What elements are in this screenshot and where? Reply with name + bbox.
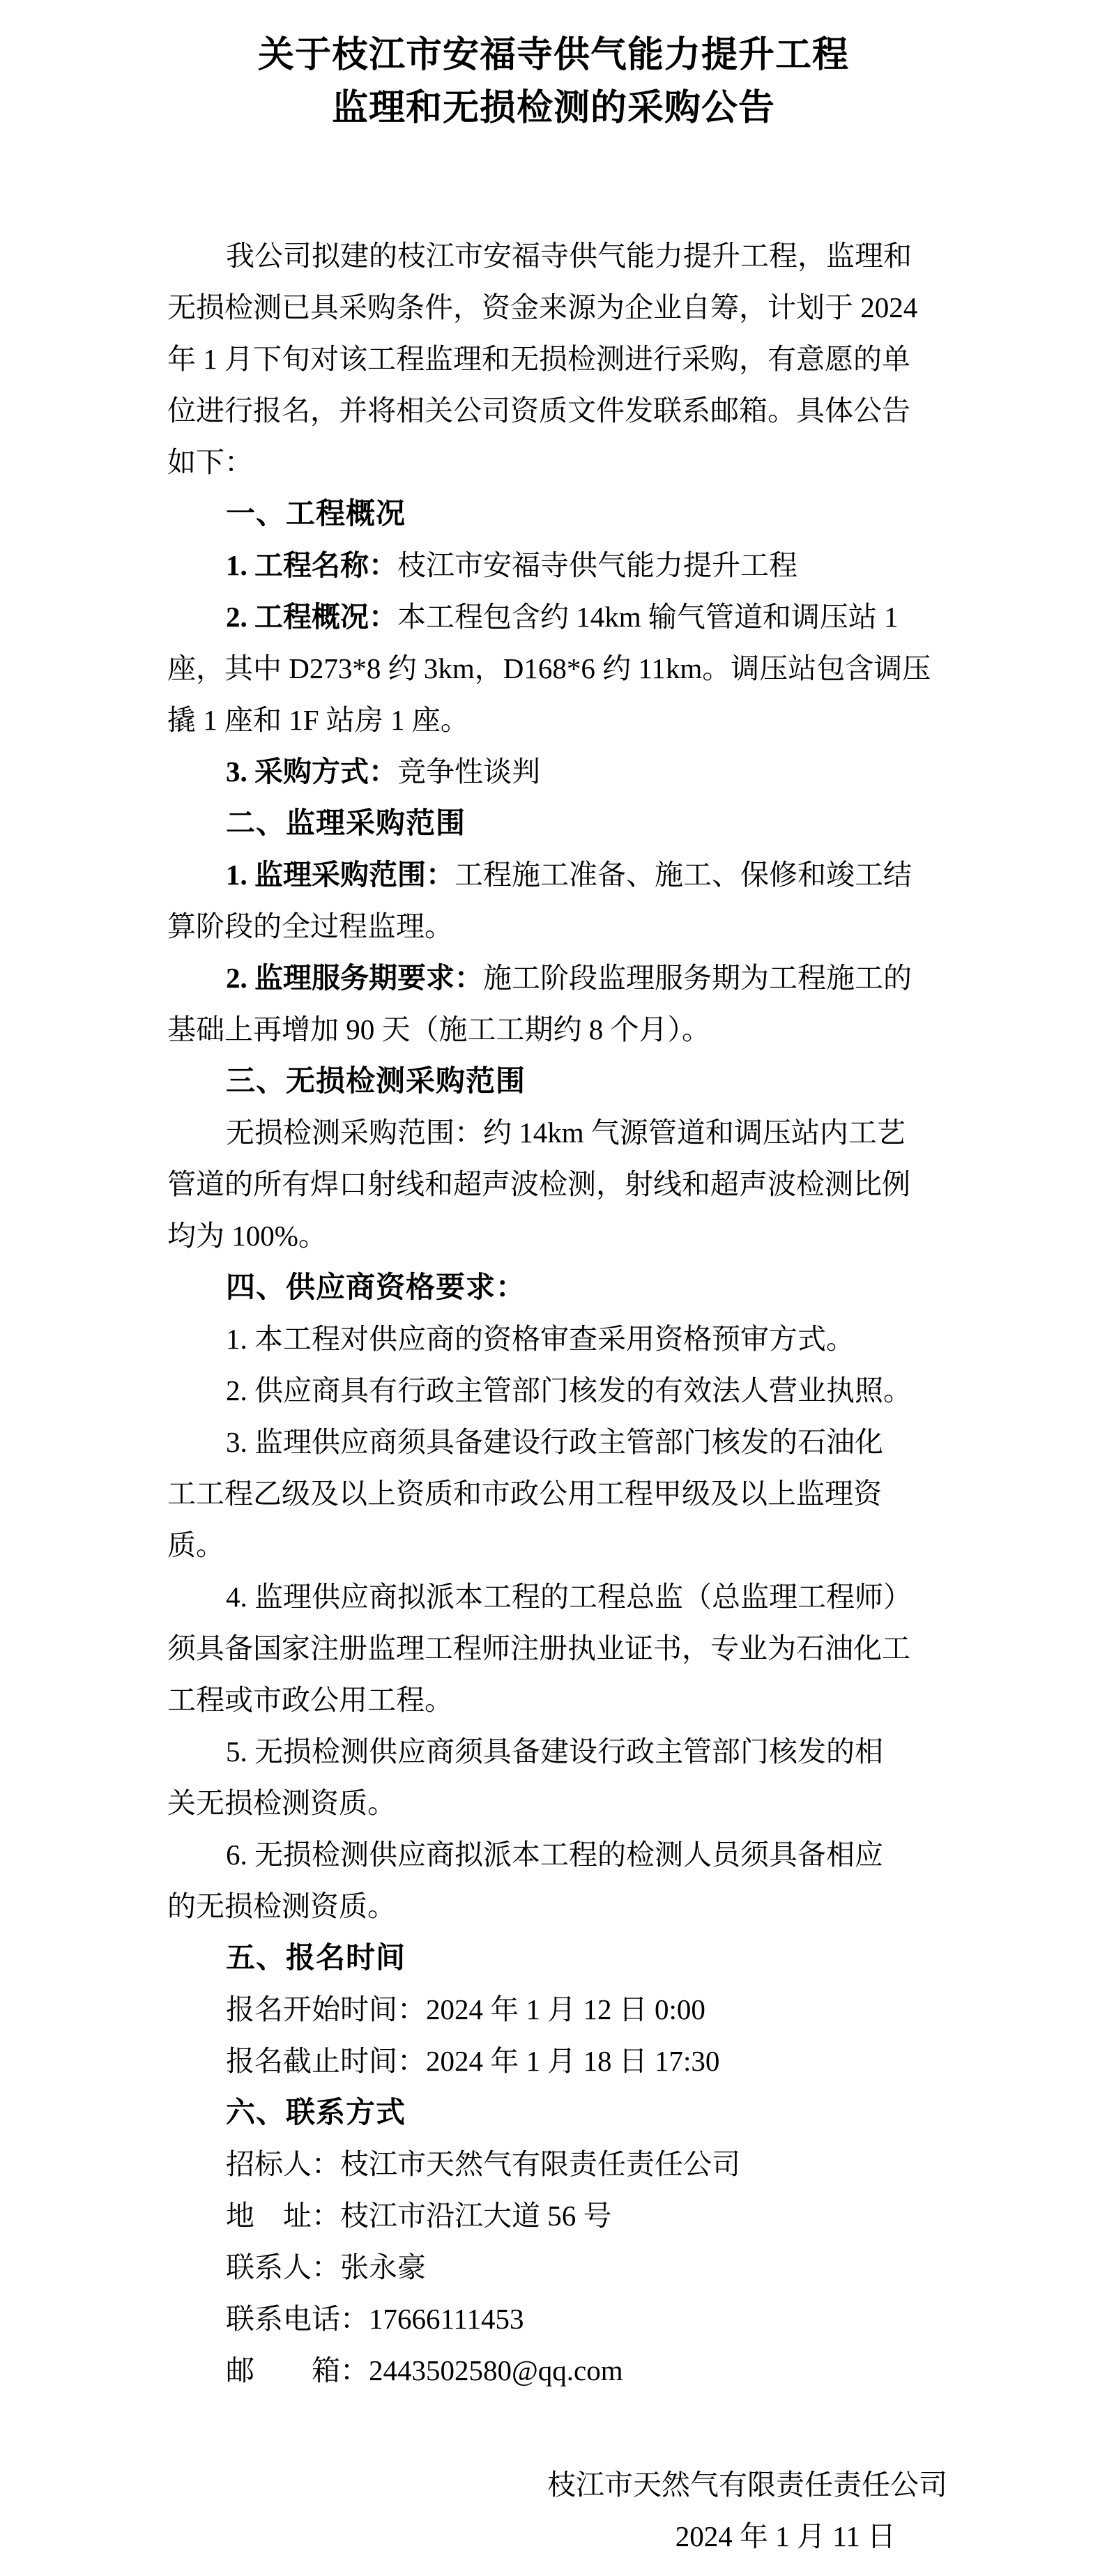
line-text: 五、报名时间 [226, 1941, 406, 1974]
title-line-1: 关于枝江市安福寺供气能力提升工程 [0, 29, 1107, 82]
bold-label: 3. 采购方式： [226, 756, 397, 788]
text-line: 地 址：枝江市沿江大道 56 号 [167, 2190, 938, 2241]
text-line: 的无损检测资质。 [167, 1880, 938, 1932]
line-text: 位进行报名，并将相关公司资质文件发联系邮箱。具体公告 [167, 394, 910, 427]
text-line: 关无损检测资质。 [167, 1777, 938, 1829]
line-text: 地 址：枝江市沿江大道 56 号 [226, 2200, 612, 2232]
bold-label: 1. 工程名称： [226, 549, 397, 581]
line-text: 工工程乙级及以上资质和市政公用工程甲级及以上监理资 [167, 1478, 882, 1510]
line-text: 枝江市安福寺供气能力提升工程 [397, 549, 797, 581]
text-line: 座，其中 D273*8 约 3km，D168*6 约 11km。调压站包含调压 [167, 643, 938, 694]
document-footer: 枝江市天然气有限责任责任公司 2024 年 1 月 11 日 [0, 2459, 1107, 2562]
text-line: 2. 供应商具有行政主管部门核发的有效法人营业执照。 [167, 1365, 938, 1416]
line-text: 关无损检测资质。 [167, 1787, 396, 1819]
line-text: 报名截止时间：2024 年 1 月 18 日 17:30 [226, 2045, 719, 2077]
text-line: 如下： [167, 436, 938, 488]
line-text: 招标人：枝江市天然气有限责任责任公司 [226, 2148, 740, 2180]
line-text: 一、工程概况 [226, 497, 406, 530]
bold-label: 1. 监理采购范围： [226, 859, 455, 891]
line-text: 2. 供应商具有行政主管部门核发的有效法人营业执照。 [226, 1374, 912, 1406]
line-text: 联系电话：17666111453 [226, 2303, 524, 2335]
text-line: 年 1 月下旬对该工程监理和无损检测进行采购，有意愿的单 [167, 333, 938, 385]
line-text: 须具备国家注册监理工程师注册执业证书，专业为石油化工 [167, 1632, 910, 1664]
line-text: 竞争性谈判 [397, 756, 540, 788]
text-line: 管道的所有焊口射线和超声波检测，射线和超声波检测比例 [167, 1158, 938, 1210]
line-text: 算阶段的全过程监理。 [167, 910, 453, 942]
document-title: 关于枝江市安福寺供气能力提升工程 监理和无损检测的采购公告 [0, 0, 1107, 135]
line-text: 1. 本工程对供应商的资格审查采用资格预审方式。 [226, 1323, 855, 1355]
line-text: 管道的所有焊口射线和超声波检测，射线和超声波检测比例 [167, 1168, 910, 1200]
text-line: 位进行报名，并将相关公司资质文件发联系邮箱。具体公告 [167, 385, 938, 436]
section-heading: 四、供应商资格要求： [167, 1262, 938, 1313]
text-line: 1. 本工程对供应商的资格审查采用资格预审方式。 [167, 1313, 938, 1365]
line-text: 联系人：张永豪 [226, 2251, 426, 2283]
text-line: 工程或市政公用工程。 [167, 1674, 938, 1726]
section-heading: 二、监理采购范围 [167, 797, 938, 849]
footer-company-name: 枝江市天然气有限责任责任公司 [0, 2459, 1107, 2510]
line-text: 6. 无损检测供应商拟派本工程的检测人员须具备相应 [226, 1839, 883, 1871]
line-text: 四、供应商资格要求： [226, 1271, 526, 1303]
section-heading: 六、联系方式 [167, 2087, 938, 2138]
line-text: 的无损检测资质。 [167, 1890, 396, 1922]
text-line: 2. 监理服务期要求：施工阶段监理服务期为工程施工的 [167, 952, 938, 1004]
text-line: 算阶段的全过程监理。 [167, 900, 938, 952]
text-line: 均为 100%。 [167, 1210, 938, 1262]
text-line: 须具备国家注册监理工程师注册执业证书，专业为石油化工 [167, 1623, 938, 1674]
bold-label: 2. 工程概况： [226, 601, 397, 633]
procurement-announcement-page: 关于枝江市安福寺供气能力提升工程 监理和无损检测的采购公告 我公司拟建的枝江市安… [0, 0, 1107, 2576]
text-line: 联系人：张永豪 [167, 2241, 938, 2293]
text-line: 招标人：枝江市天然气有限责任责任公司 [167, 2138, 938, 2190]
line-text: 我公司拟建的枝江市安福寺供气能力提升工程，监理和 [226, 240, 912, 272]
text-line: 2. 工程概况：本工程包含约 14km 输气管道和调压站 1 [167, 591, 938, 643]
bold-label: 2. 监理服务期要求： [226, 962, 483, 994]
line-text: 基础上再增加 90 天（施工工期约 8 个月）。 [167, 1013, 710, 1045]
line-text: 3. 监理供应商须具备建设行政主管部门核发的石油化 [226, 1426, 883, 1458]
section-heading: 一、工程概况 [167, 488, 938, 539]
document-body: 我公司拟建的枝江市安福寺供气能力提升工程，监理和无损检测已具采购条件，资金来源为… [167, 230, 938, 2396]
text-line: 联系电话：17666111453 [167, 2293, 938, 2345]
line-text: 无损检测已具采购条件，资金来源为企业自筹，计划于 2024 [167, 291, 917, 323]
line-text: 5. 无损检测供应商须具备建设行政主管部门核发的相 [226, 1735, 883, 1768]
line-text: 本工程包含约 14km 输气管道和调压站 1 [397, 601, 899, 633]
line-text: 4. 监理供应商拟派本工程的工程总监（总监理工程师） [226, 1581, 912, 1613]
line-text: 报名开始时间：2024 年 1 月 12 日 0:00 [226, 1993, 705, 2025]
line-text: 撬 1 座和 1F 站房 1 座。 [167, 704, 469, 736]
text-line: 报名截止时间：2024 年 1 月 18 日 17:30 [167, 2035, 938, 2087]
text-line: 3. 监理供应商须具备建设行政主管部门核发的石油化 [167, 1416, 938, 1468]
line-text: 质。 [167, 1529, 224, 1561]
text-line: 邮 箱：2443502580@qq.com [167, 2345, 938, 2396]
text-line: 撬 1 座和 1F 站房 1 座。 [167, 694, 938, 746]
line-text: 六、联系方式 [226, 2096, 406, 2129]
title-line-2: 监理和无损检测的采购公告 [0, 82, 1107, 135]
text-line: 报名开始时间：2024 年 1 月 12 日 0:00 [167, 1984, 938, 2035]
text-line: 我公司拟建的枝江市安福寺供气能力提升工程，监理和 [167, 230, 938, 282]
section-heading: 五、报名时间 [167, 1932, 938, 1984]
line-text: 工程或市政公用工程。 [167, 1684, 453, 1716]
text-line: 5. 无损检测供应商须具备建设行政主管部门核发的相 [167, 1726, 938, 1777]
section-heading: 三、无损检测采购范围 [167, 1055, 938, 1107]
text-line: 基础上再增加 90 天（施工工期约 8 个月）。 [167, 1004, 938, 1055]
text-line: 无损检测采购范围：约 14km 气源管道和调压站内工艺 [167, 1107, 938, 1158]
text-line: 质。 [167, 1519, 938, 1571]
text-line: 1. 监理采购范围：工程施工准备、施工、保修和竣工结 [167, 849, 938, 900]
line-text: 均为 100%。 [167, 1220, 327, 1252]
text-line: 无损检测已具采购条件，资金来源为企业自筹，计划于 2024 [167, 282, 938, 333]
text-line: 1. 工程名称：枝江市安福寺供气能力提升工程 [167, 539, 938, 591]
text-line: 4. 监理供应商拟派本工程的工程总监（总监理工程师） [167, 1571, 938, 1623]
line-text: 如下： [167, 446, 253, 478]
line-text: 座，其中 D273*8 约 3km，D168*6 约 11km。调压站包含调压 [167, 652, 931, 684]
line-text: 三、无损检测采购范围 [226, 1064, 526, 1097]
footer-date: 2024 年 1 月 11 日 [0, 2510, 1107, 2562]
line-text: 工程施工准备、施工、保修和竣工结 [455, 859, 912, 891]
line-text: 无损检测采购范围：约 14km 气源管道和调压站内工艺 [226, 1117, 906, 1149]
text-line: 6. 无损检测供应商拟派本工程的检测人员须具备相应 [167, 1829, 938, 1880]
text-line: 3. 采购方式：竞争性谈判 [167, 746, 938, 797]
line-text: 施工阶段监理服务期为工程施工的 [483, 962, 912, 994]
line-text: 年 1 月下旬对该工程监理和无损检测进行采购，有意愿的单 [167, 343, 910, 375]
line-text: 二、监理采购范围 [226, 806, 466, 839]
line-text: 邮 箱：2443502580@qq.com [226, 2354, 623, 2386]
text-line: 工工程乙级及以上资质和市政公用工程甲级及以上监理资 [167, 1468, 938, 1519]
